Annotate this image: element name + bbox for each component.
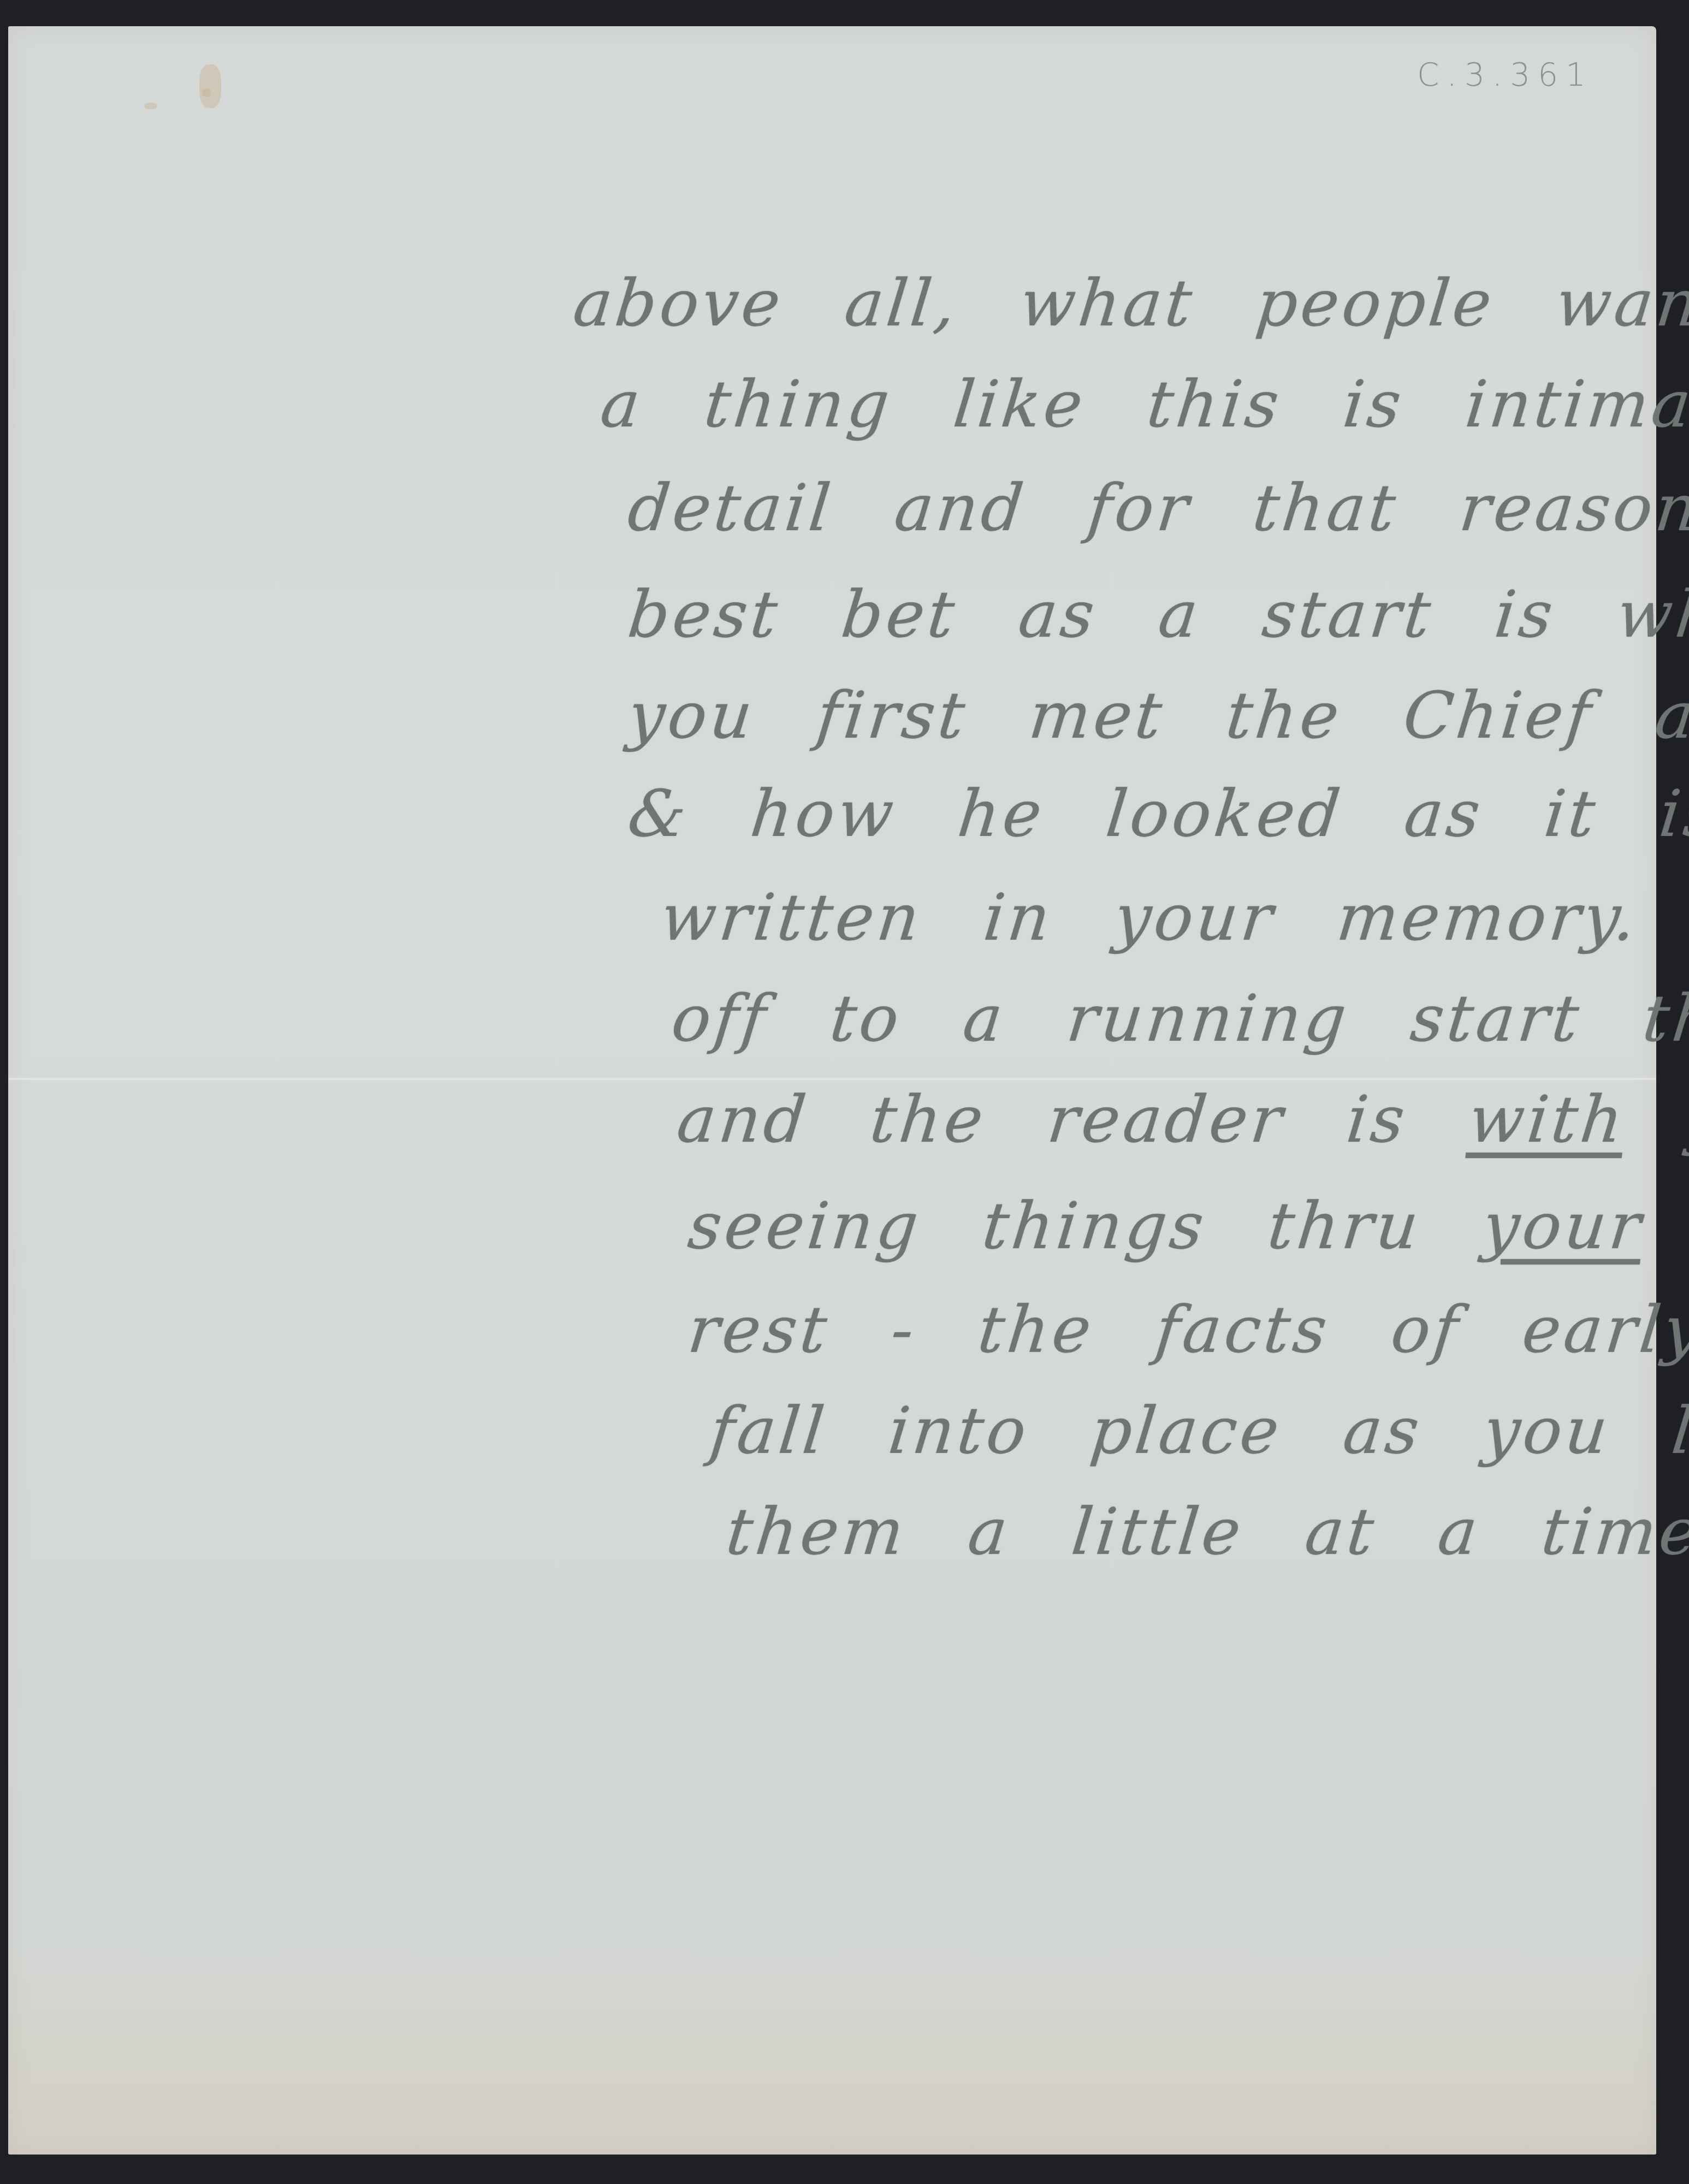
handwritten-text: above all, what people want in a thing l… bbox=[8, 26, 1656, 2155]
manuscript-page: C.3.361 above all, what people want in a… bbox=[8, 26, 1656, 2155]
line-text: them a little at a time. bbox=[723, 1494, 1689, 1569]
text-line-13: them a little at a time. bbox=[343, 1419, 1689, 1645]
